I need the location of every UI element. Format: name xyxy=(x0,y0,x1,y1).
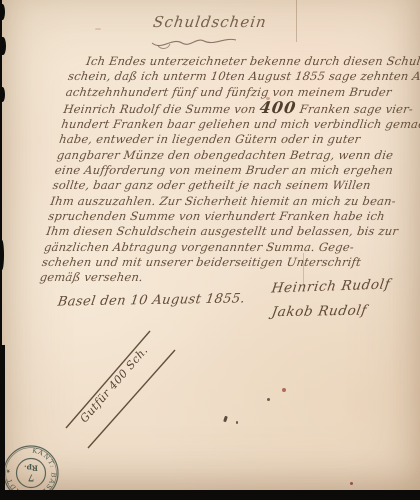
body-line: habe, entweder in liegenden Gütern oder … xyxy=(58,132,408,147)
foxing-speck xyxy=(95,28,101,30)
body-line-amount: Heinrich Rudolf die Summe von 400 Franke… xyxy=(62,100,412,117)
ink-speck xyxy=(267,398,270,401)
body-line: Ihm diesen Schuldschein ausgestellt und … xyxy=(45,224,395,239)
scan-edge-notch xyxy=(0,240,4,270)
body-line: achtzehnhundert fünf und fünfzig von mei… xyxy=(65,85,415,100)
scan-edge-notch xyxy=(0,345,5,500)
body-line: Ihm auszuzahlen. Zur Sicherheit hiemit a… xyxy=(49,194,399,209)
scan-edge-notch xyxy=(0,37,6,55)
foxing-speck xyxy=(282,388,286,392)
paper-crease xyxy=(303,253,304,287)
scan-edge-notch xyxy=(0,87,5,102)
foxing-speck xyxy=(350,482,353,485)
date-line: Basel den 10 August 1855. xyxy=(57,291,246,309)
ink-speck xyxy=(223,416,228,423)
diagonal-annotation: Gutfür 400 Sch. xyxy=(67,332,161,437)
signature-block: Heinrich Rudolf Jakob Rudolf xyxy=(272,278,417,319)
scan-edge-bottom xyxy=(0,490,420,500)
amount-value: 400 xyxy=(259,98,298,117)
signature-jakob-rudolf: Jakob Rudolf xyxy=(271,302,419,321)
signature-heinrich-rudolf: Heinrich Rudolf xyxy=(270,275,418,296)
scan-edge-notch xyxy=(0,4,5,20)
amount-pre-text: Heinrich Rudolf die Summe von xyxy=(63,102,261,116)
ink-speck xyxy=(236,421,238,424)
body-line: gangbarer Münze den obengedachten Betrag… xyxy=(56,148,406,163)
title-flourish-line xyxy=(152,39,236,45)
amount-post-text: Franken sage vier- xyxy=(295,102,414,116)
body-line: eine Aufforderung von meinem Bruder an m… xyxy=(54,163,404,178)
body-line: spruchenden Summe von vierhundert Franke… xyxy=(47,209,397,224)
body-line: sollte, baar ganz oder getheilt je nach … xyxy=(52,178,402,193)
body-text: Ich Endes unterzeichneter bekenne durch … xyxy=(39,54,420,285)
stamp-value-unit: Rp. xyxy=(24,464,38,473)
body-line: Ich Endes unterzeichneter bekenne durch … xyxy=(69,54,419,69)
body-line: gänzlichen Abtragung vorgenannter Summa.… xyxy=(43,240,393,255)
scanned-document: Schuldschein Ich Endes unterzeichneter b… xyxy=(0,0,420,500)
body-line: schein, daß ich unterm 10ten August 1855… xyxy=(67,69,417,84)
document-title: Schuldschein xyxy=(0,13,420,31)
title-flourish-loop xyxy=(158,44,170,48)
foxing-speck xyxy=(266,97,270,100)
stamp-center-group: 7 Rp. xyxy=(24,464,38,482)
body-line: schehen und mit unserer beiderseitigen U… xyxy=(41,255,391,270)
body-line: hundert Franken baar geliehen und mich v… xyxy=(60,117,410,132)
paper-crease xyxy=(296,0,297,42)
